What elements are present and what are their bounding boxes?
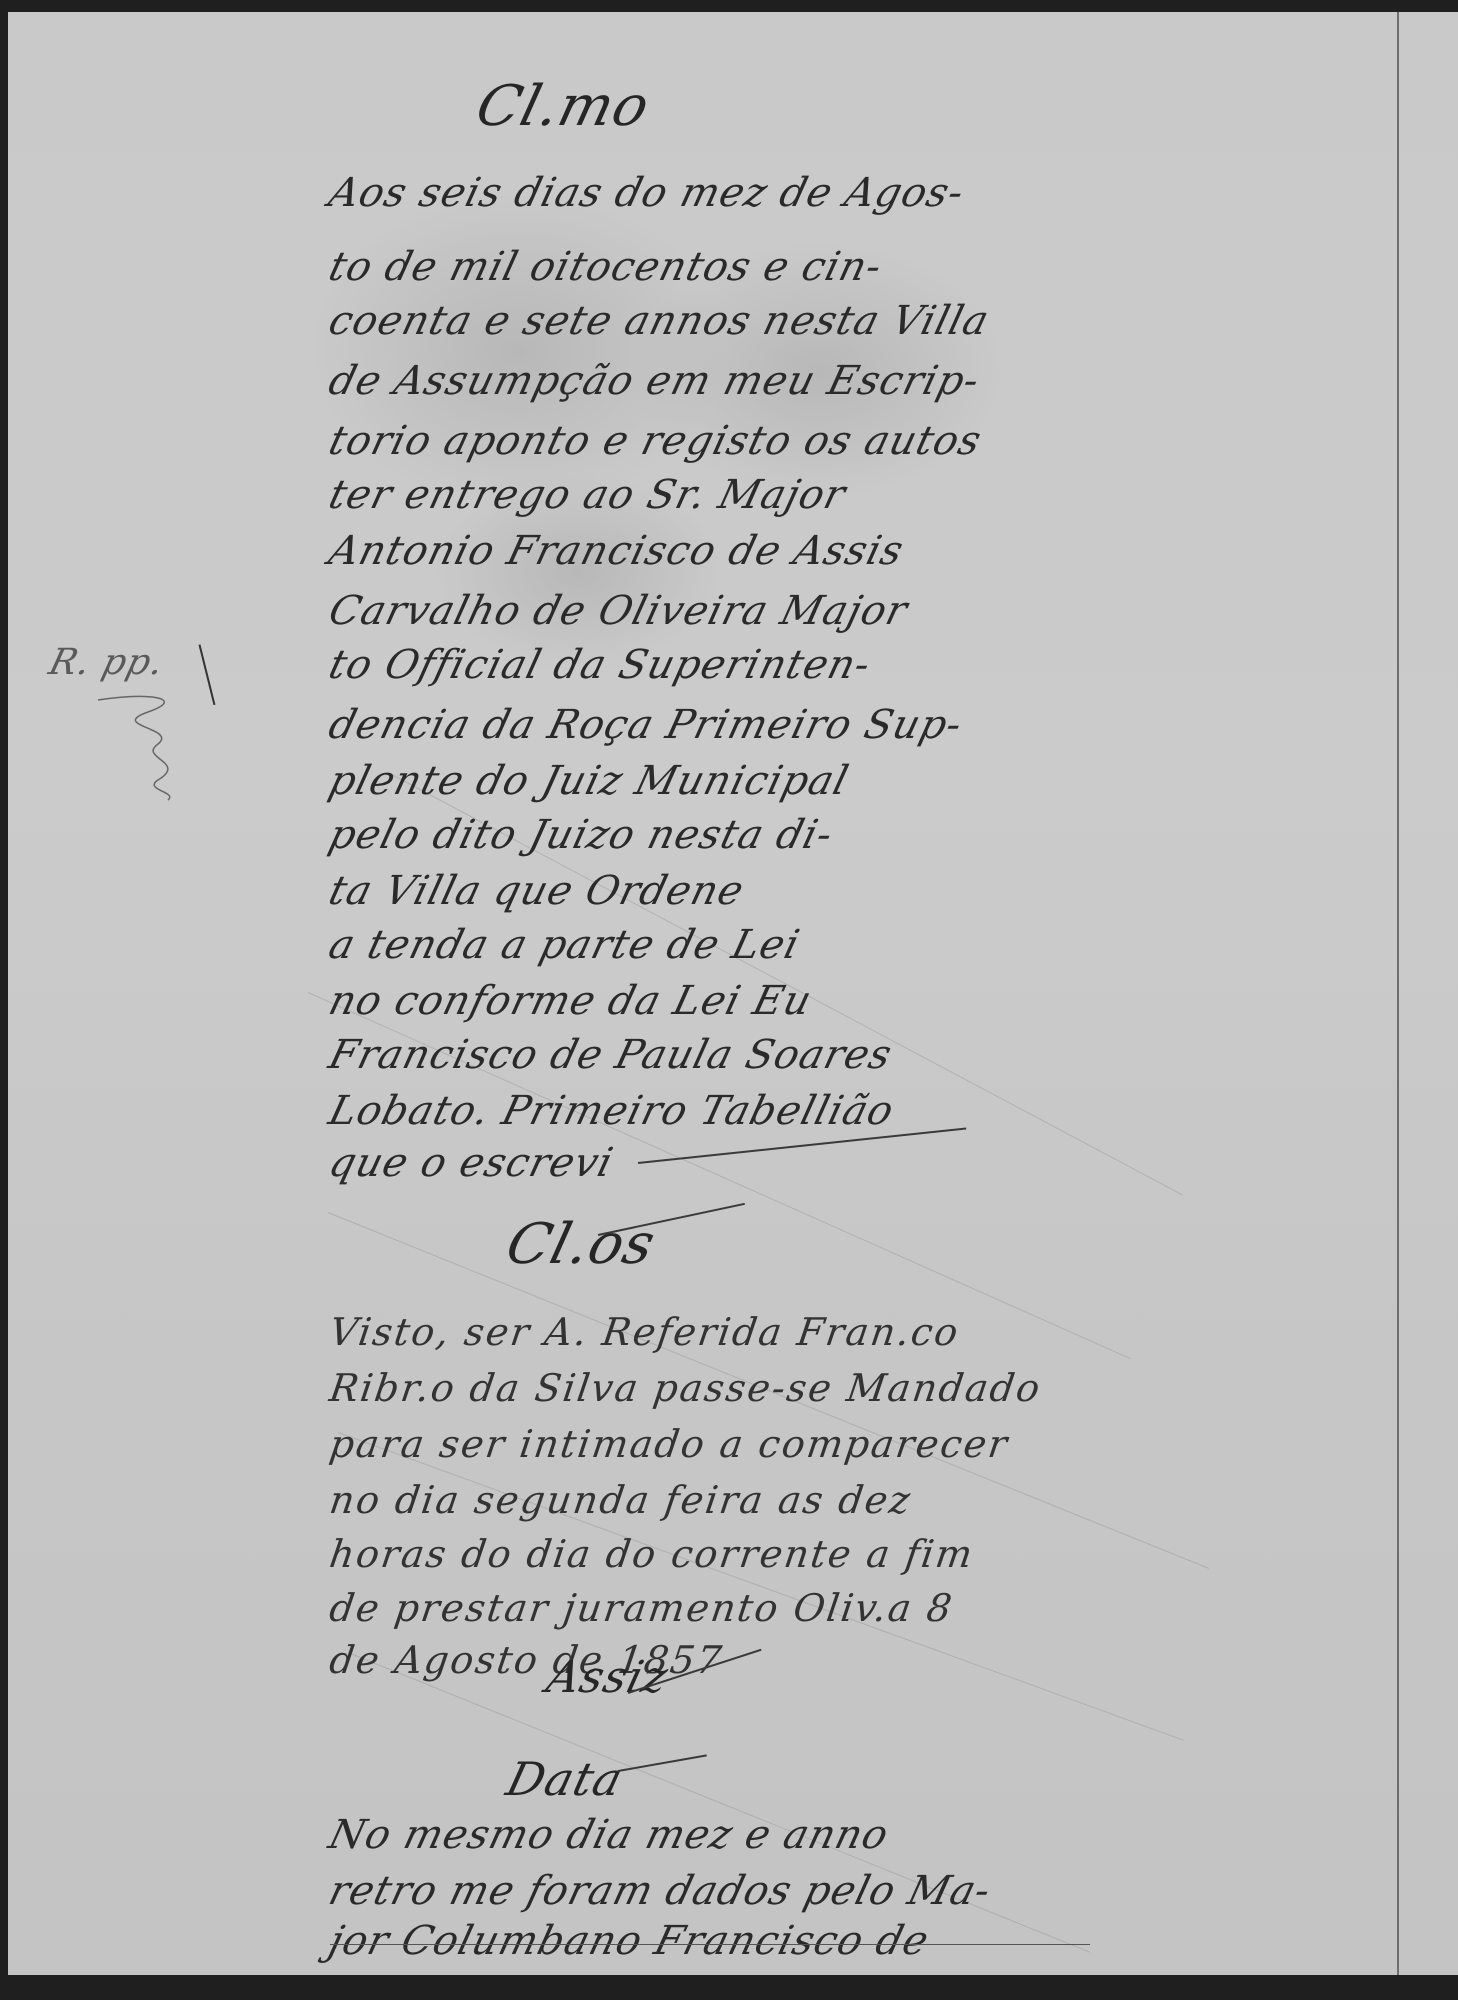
petition-line: Lobato. Primeiro Tabellião — [324, 1088, 899, 1134]
dispatch-line: Visto, ser A. Referida Fran.co — [327, 1310, 963, 1354]
petition-line: coenta e sete annos nesta Villa — [324, 298, 994, 344]
petition-line: to Official da Superinten- — [324, 642, 875, 688]
heading-top: Cl.mo — [470, 74, 657, 139]
closing-heading-flourish — [618, 1754, 707, 1771]
margin-note: R. pp. — [45, 642, 169, 683]
petition-line: de Assumpção em meu Escrip- — [324, 358, 984, 404]
manuscript-page: Cl.mo Aos seis dias do mez de Agos- to d… — [8, 12, 1458, 1975]
page-edge-line — [1397, 12, 1399, 1975]
petition-line: ter entrego ao Sr. Major — [324, 472, 850, 518]
petition-line: pelo dito Juizo nesta di- — [324, 812, 838, 858]
petition-line: Antonio Francisco de Assis — [324, 528, 908, 574]
margin-squiggle-icon — [88, 692, 208, 802]
dispatch-line: de prestar juramento Oliv.a 8 — [327, 1586, 956, 1630]
closing-line: retro me foram dados pelo Ma- — [324, 1868, 996, 1914]
petition-line: Francisco de Paula Soares — [324, 1032, 897, 1078]
dispatch-line: Ribr.o da Silva passe-se Mandado — [327, 1366, 1045, 1410]
petition-line: to de mil oitocentos e cin- — [324, 244, 887, 290]
petition-line: a tenda a parte de Lei — [324, 922, 804, 968]
closing-heading: Data — [501, 1752, 629, 1806]
petition-line: ta Villa que Ordene — [324, 868, 749, 914]
heading-mid: Cl.os — [500, 1212, 662, 1277]
petition-line: Carvalho de Oliveira Major — [324, 588, 912, 634]
bottom-rule — [330, 1944, 1090, 1945]
dispatch-line: no dia segunda feira as dez — [327, 1478, 915, 1522]
closing-line: jor Columbano Francisco de — [324, 1918, 934, 1964]
petition-line: torio aponto e registo os autos — [324, 418, 986, 464]
dispatch-line: horas do dia do corrente a fim — [327, 1532, 977, 1576]
signature: Assiz — [542, 1652, 674, 1703]
petition-line: no conforme da Lei Eu — [324, 978, 816, 1024]
dispatch-line: para ser intimado a comparecer — [327, 1422, 1012, 1466]
petition-line: que o escrevi — [324, 1140, 618, 1186]
petition-line: dencia da Roça Primeiro Sup- — [324, 702, 967, 748]
petition-line: plente do Juiz Municipal — [324, 758, 853, 804]
petition-line: Aos seis dias do mez de Agos- — [324, 170, 969, 216]
closing-line: No mesmo dia mez e anno — [324, 1812, 893, 1858]
